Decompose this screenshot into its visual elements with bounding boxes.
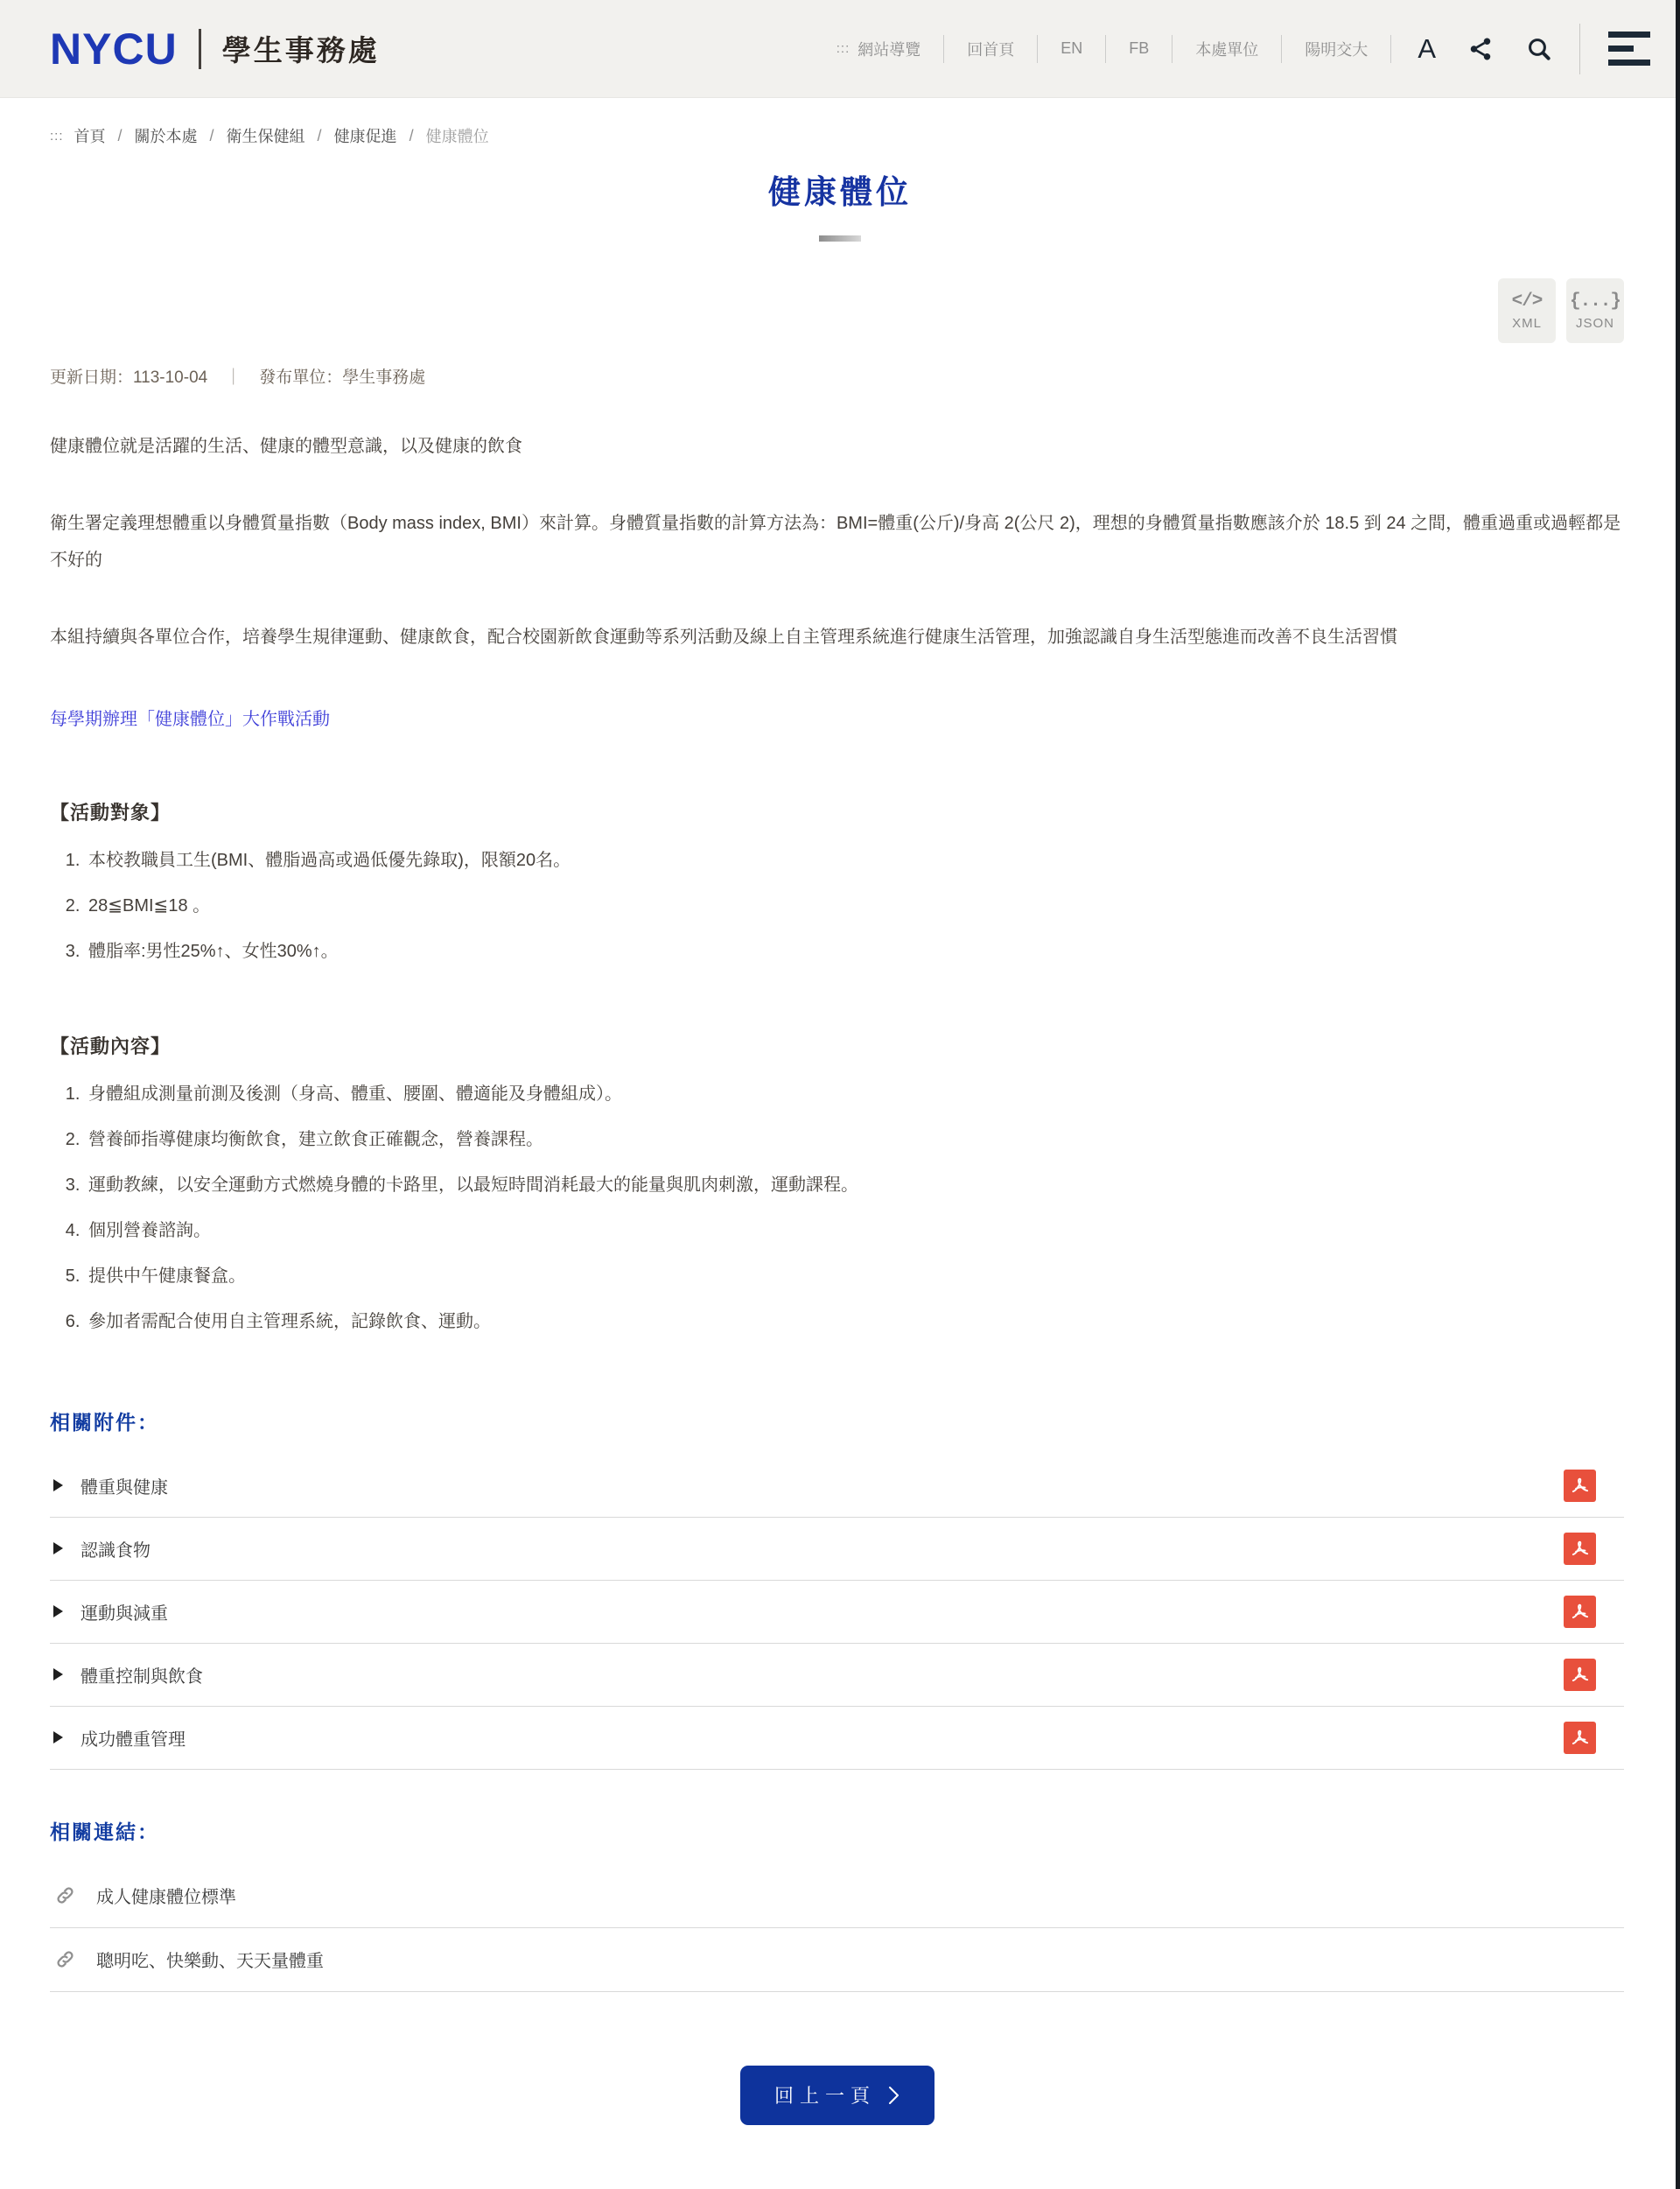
list-item: 體脂率:男性25%↑、女性30%↑。: [85, 939, 1624, 964]
publish-unit: 發布單位：學生事務處: [259, 364, 425, 388]
related-link-row[interactable]: 成人健康體位標準: [50, 1864, 1624, 1928]
chevron-right-icon: [888, 2086, 899, 2105]
pdf-icon[interactable]: [1564, 1659, 1596, 1691]
link-icon: [53, 1884, 77, 1907]
attachment-label: 運動與減重: [80, 1599, 168, 1624]
pdf-icon[interactable]: [1564, 1596, 1596, 1628]
breadcrumb-separator: /: [210, 127, 214, 145]
content-list: 身體組成測量前測及後測（身高、體重、腰圍、體適能及身體組成）。 營養師指導健康均…: [50, 1082, 1624, 1334]
list-item: 身體組成測量前測及後測（身高、體重、腰圍、體適能及身體組成）。: [85, 1082, 1624, 1106]
list-item: 本校教職員工生(BMI、體脂過高或過低優先錄取)，限額20名。: [85, 848, 1624, 873]
update-date: 更新日期：113-10-04: [50, 364, 207, 388]
attachment-row[interactable]: 體重控制與飲食: [50, 1644, 1624, 1707]
attachment-label: 認識食物: [80, 1536, 150, 1561]
header-icons: A: [1391, 35, 1579, 63]
back-button[interactable]: 回上一頁: [740, 2066, 934, 2125]
breadcrumb-separator: /: [318, 127, 322, 145]
breadcrumb-item-health-promotion[interactable]: 健康促進: [334, 124, 397, 147]
list-item: 運動教練，以安全運動方式燃燒身體的卡路里，以最短時間消耗最大的能量與肌肉刺激，運…: [85, 1173, 1624, 1197]
triangle-icon: [53, 1605, 63, 1617]
nav-item-label: 網站導覽: [857, 38, 920, 60]
breadcrumb-item-home[interactable]: 首頁: [74, 124, 106, 147]
nav-item-label: EN: [1060, 39, 1082, 58]
breadcrumb-separator: /: [118, 127, 122, 145]
campaign-link[interactable]: 每學期辦理「健康體位」大作戰活動: [50, 705, 330, 730]
triangle-icon: [53, 1542, 63, 1554]
page-title: 健康體位: [0, 172, 1680, 214]
xml-icon: </>: [1512, 291, 1543, 312]
attachment-label: 體重與健康: [80, 1473, 168, 1498]
article-meta: 更新日期：113-10-04 ｜ 發布單位：學生事務處: [50, 364, 1624, 388]
xml-button[interactable]: </> XML: [1498, 278, 1556, 343]
skip-marker: :::: [836, 41, 850, 56]
attachment-label: 成功體重管理: [80, 1725, 185, 1750]
nav-item-nycu-main[interactable]: 陽明交大: [1282, 38, 1390, 60]
icons-menu-separator: [1579, 24, 1580, 74]
nav-item-home[interactable]: 回首頁: [944, 38, 1037, 60]
export-tools: </> XML {...} JSON: [1498, 278, 1624, 343]
nav-item-label: 回首頁: [967, 38, 1014, 60]
back-button-label: 回上一頁: [774, 2081, 876, 2108]
nav-item-label: 陽明交大: [1305, 38, 1368, 60]
pdf-icon[interactable]: [1564, 1533, 1596, 1565]
json-icon: {...}: [1570, 291, 1620, 312]
attachments-list: 體重與健康 認識食物 運動與減重: [50, 1455, 1624, 1770]
triangle-icon: [53, 1668, 63, 1680]
attachments-heading: 相關附件：: [50, 1409, 1624, 1435]
related-link-label: 聰明吃、快樂動、天天量體重: [96, 1947, 324, 1972]
search-icon[interactable]: [1525, 35, 1553, 63]
related-link-row[interactable]: 聰明吃、快樂動、天天量體重: [50, 1928, 1624, 1992]
logo-divider: [199, 29, 201, 69]
pdf-icon[interactable]: [1564, 1470, 1596, 1502]
attachment-row[interactable]: 認識食物: [50, 1518, 1624, 1581]
site-name[interactable]: 學生事務處: [222, 28, 380, 69]
font-size-icon[interactable]: A: [1417, 35, 1436, 62]
nav-item-en[interactable]: EN: [1038, 39, 1105, 58]
related-link-label: 成人健康體位標準: [96, 1883, 236, 1908]
list-item: 提供中午健康餐盒。: [85, 1264, 1624, 1288]
top-nav: ::: 網站導覽 回首頁 EN FB 本處單位 陽明交大: [814, 35, 1392, 63]
meta-divider: ｜: [225, 364, 241, 388]
breadcrumb-item-about[interactable]: 關於本處: [135, 124, 198, 147]
nav-item-label: FB: [1129, 39, 1149, 58]
breadcrumb-separator: /: [409, 127, 414, 145]
nav-item-units[interactable]: 本處單位: [1172, 38, 1281, 60]
share-icon[interactable]: [1467, 36, 1494, 62]
attachment-row[interactable]: 成功體重管理: [50, 1707, 1624, 1770]
section-heading-content: 【活動內容】: [50, 1032, 1624, 1061]
attachment-row[interactable]: 運動與減重: [50, 1581, 1624, 1644]
triangle-icon: [53, 1479, 63, 1491]
attachment-label: 體重控制與飲食: [80, 1662, 203, 1687]
menu-icon[interactable]: [1608, 32, 1650, 66]
json-button[interactable]: {...} JSON: [1566, 278, 1624, 343]
list-item: 營養師指導健康均衡飲食，建立飲食正確觀念，營養課程。: [85, 1127, 1624, 1152]
nav-item-sitemap[interactable]: ::: 網站導覽: [814, 38, 944, 60]
target-list: 本校教職員工生(BMI、體脂過高或過低優先錄取)，限額20名。 28≦BMI≦1…: [50, 848, 1624, 964]
breadcrumb-current: 健康體位: [426, 124, 489, 147]
breadcrumb: ::: 首頁 / 關於本處 / 衛生保健組 / 健康促進 / 健康體位: [50, 124, 1624, 147]
related-links-list: 成人健康體位標準 聰明吃、快樂動、天天量體重: [50, 1864, 1624, 1992]
breadcrumb-item-health-group[interactable]: 衛生保健組: [227, 124, 305, 147]
nav-item-label: 本處單位: [1195, 38, 1258, 60]
list-item: 28≦BMI≦18 。: [85, 894, 1624, 918]
scrollbar[interactable]: [1676, 0, 1680, 2189]
paragraph: 健康體位就是活躍的生活、健康的體型意識，以及健康的飲食: [50, 428, 1624, 465]
paragraph: 本組持續與各單位合作，培養學生規律運動、健康飲食，配合校園新飲食運動等系列活動及…: [50, 619, 1624, 656]
nav-item-fb[interactable]: FB: [1106, 39, 1172, 58]
main-content: 更新日期：113-10-04 ｜ 發布單位：學生事務處 健康體位就是活躍的生活、…: [50, 364, 1624, 2125]
triangle-icon: [53, 1731, 63, 1743]
title-divider: [819, 235, 861, 242]
nycu-logo[interactable]: NYCU: [50, 27, 178, 71]
list-item: 個別營養諮詢。: [85, 1218, 1624, 1243]
attachment-row[interactable]: 體重與健康: [50, 1455, 1624, 1518]
paragraph: 衛生署定義理想體重以身體質量指數（Body mass index, BMI）來計…: [50, 505, 1624, 579]
related-links-heading: 相關連結：: [50, 1819, 1624, 1845]
skip-marker: :::: [50, 129, 64, 144]
site-header: NYCU 學生事務處 ::: 網站導覽 回首頁 EN FB 本處單位 陽明交大: [0, 0, 1680, 98]
list-item: 參加者需配合使用自主管理系統，記錄飲食、運動。: [85, 1309, 1624, 1334]
pdf-icon[interactable]: [1564, 1722, 1596, 1754]
link-icon: [53, 1947, 77, 1971]
section-heading-target: 【活動對象】: [50, 798, 1624, 827]
